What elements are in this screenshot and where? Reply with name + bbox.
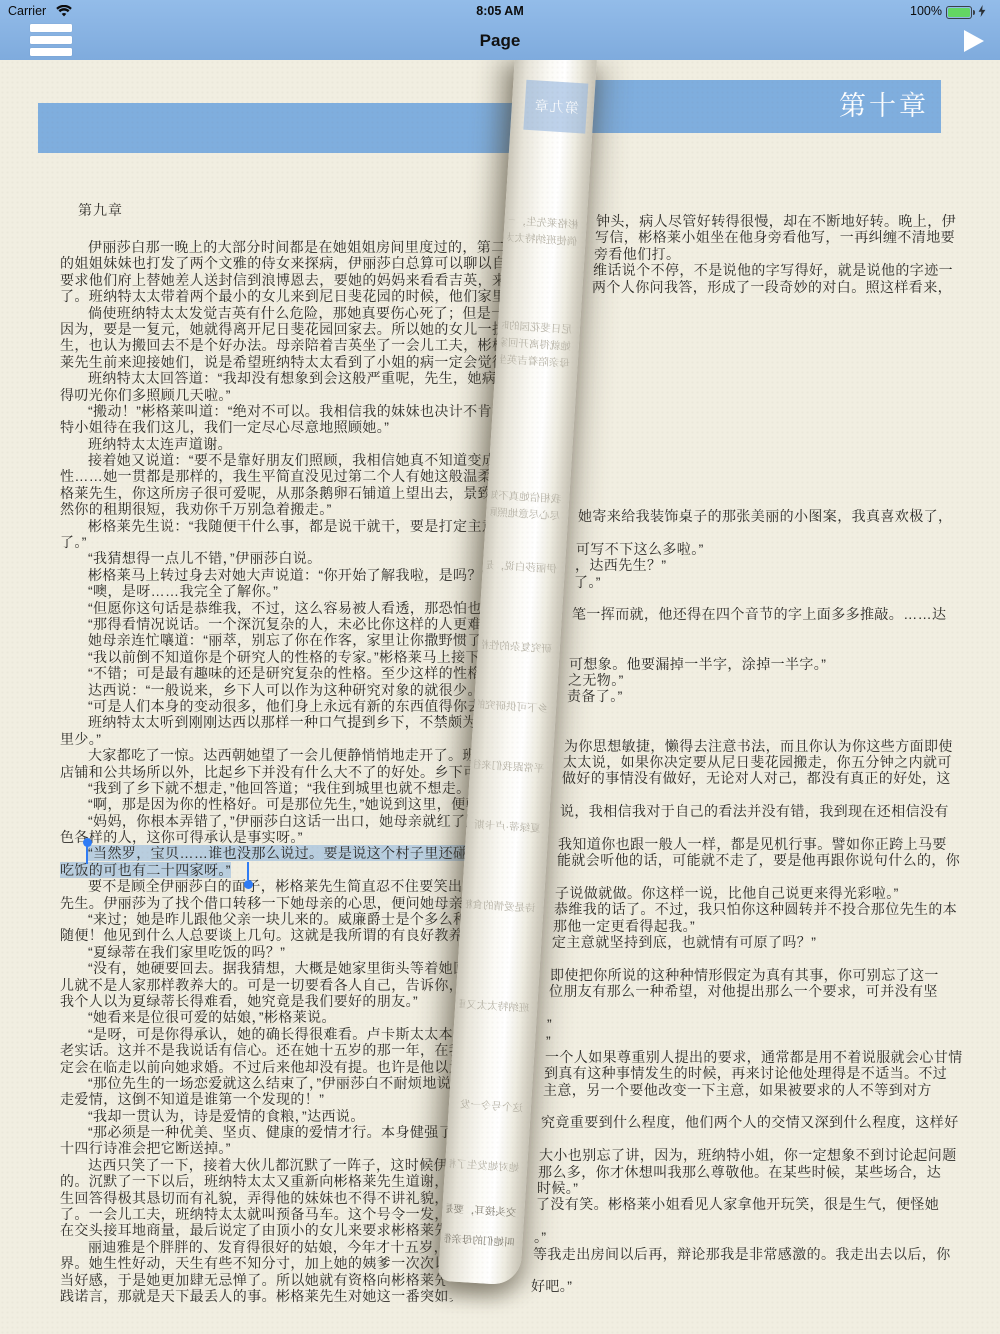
battery-nub <box>973 10 976 15</box>
curl-mirrored-snippet: 母亲陪着吉英坐了 <box>499 354 570 371</box>
status-bar: Carrier 8:05 AM 100% <box>0 3 1000 19</box>
navigation-bar: Carrier 8:05 AM 100% Page <box>0 0 1000 60</box>
play-forward-button[interactable] <box>964 30 984 52</box>
curl-mirrored-snippet: 伊丽莎白说，是吗 <box>486 559 557 576</box>
battery-percent: 100% <box>910 4 942 18</box>
curl-mirrored-snippet: 诗是爱情的食粮 <box>465 899 536 916</box>
clock: 8:05 AM <box>0 4 1000 18</box>
curl-mirrored-snippet: 夏绿蒂·卢卡斯 <box>470 819 541 836</box>
ebook-reader-screen: 第十章 钟头，病人尽管好转得很慢，却在不断地好转。晚上，伊写信，彬格莱小姐坐在他… <box>0 0 1000 1334</box>
selection-end-stem <box>247 862 249 880</box>
curl-mirrored-snippet: 平常跟我们来往 <box>474 759 545 776</box>
battery-fill <box>948 8 970 17</box>
curl-mirrored-snippet: 研究复杂的性格 <box>481 639 552 656</box>
curl-mirrored-snippet: 彬格莱先生，一会儿 <box>508 215 579 232</box>
curl-mirrored-snippet: 交头接耳，要是他不实 <box>446 1203 517 1220</box>
selection-end-knob[interactable] <box>244 880 253 889</box>
selected-text[interactable]: “当然罗，宝贝……谁也没那么说过。要是说这个村子里还碰不到 <box>88 845 496 861</box>
chapter-banner-title: 第十章 <box>839 80 929 133</box>
selection-start-stem <box>86 846 88 864</box>
selected-text[interactable]: 吃饭的可也有二十四家呀。” <box>60 862 231 878</box>
curl-mirrored-snippet: 尽心尽意地照顾她 <box>490 506 561 523</box>
curl-mirrored-snippet: 尼日斐花园的时候 <box>502 320 573 337</box>
curl-mirrored-banner-text: 第九章 <box>533 95 579 118</box>
curl-mirrored-snippet: 乡下可供研究的对象 <box>478 699 549 716</box>
curl-mirrored-banner: 第九章 <box>523 80 588 134</box>
curl-mirrored-snippet: 这个号令一发 <box>453 1098 524 1115</box>
curl-mirrored-snippet: 她对她发生了相当 <box>449 1158 520 1175</box>
charging-bolt-icon <box>978 5 986 20</box>
battery-icon <box>946 6 972 19</box>
page-title: Page <box>0 31 1000 51</box>
curl-mirrored-snippet: 叫她们的母亲很是高兴 <box>444 1233 515 1250</box>
curl-mirrored-snippet: 班纳特太太又重新 <box>459 998 530 1015</box>
chapter-heading: 第九章 <box>78 200 123 220</box>
curl-mirrored-snippet: 我相信她真不知道 <box>491 489 562 506</box>
curl-mirrored-snippet: 她就得离开回家去 <box>500 337 571 354</box>
curl-mirrored-snippet: 倘使班纳特太太 <box>507 232 578 249</box>
